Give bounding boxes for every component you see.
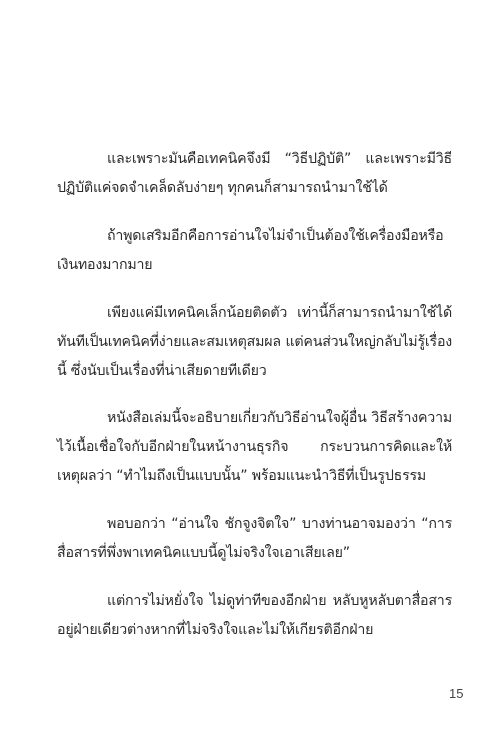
paragraph-4: หนังสือเล่มนี้จะอธิบายเกี่ยวกับวิธีอ่านใ… xyxy=(57,404,452,491)
paragraph-6: แต่การไม่หยั่งใจ ไม่ดูท่าทีของอีกฝ่าย หล… xyxy=(57,587,452,645)
book-page: และเพราะมันคือเทคนิคจึงมี “วิธีปฏิบัติ” … xyxy=(0,0,500,731)
paragraph-2: ถ้าพูดเสริมอีกคือการอ่านใจไม่จำเป็นต้องใ… xyxy=(57,222,452,280)
paragraph-3: เพียงแค่มีเทคนิคเล็กน้อยติดตัว เท่านี้ก็… xyxy=(57,299,452,386)
paragraph-5: พอบอกว่า “อ่านใจ ชักจูงจิตใจ” บางท่านอาจ… xyxy=(57,510,452,568)
page-number: 15 xyxy=(449,686,463,701)
paragraph-1: และเพราะมันคือเทคนิคจึงมี “วิธีปฏิบัติ” … xyxy=(57,145,452,203)
body-text: และเพราะมันคือเทคนิคจึงมี “วิธีปฏิบัติ” … xyxy=(57,145,452,664)
